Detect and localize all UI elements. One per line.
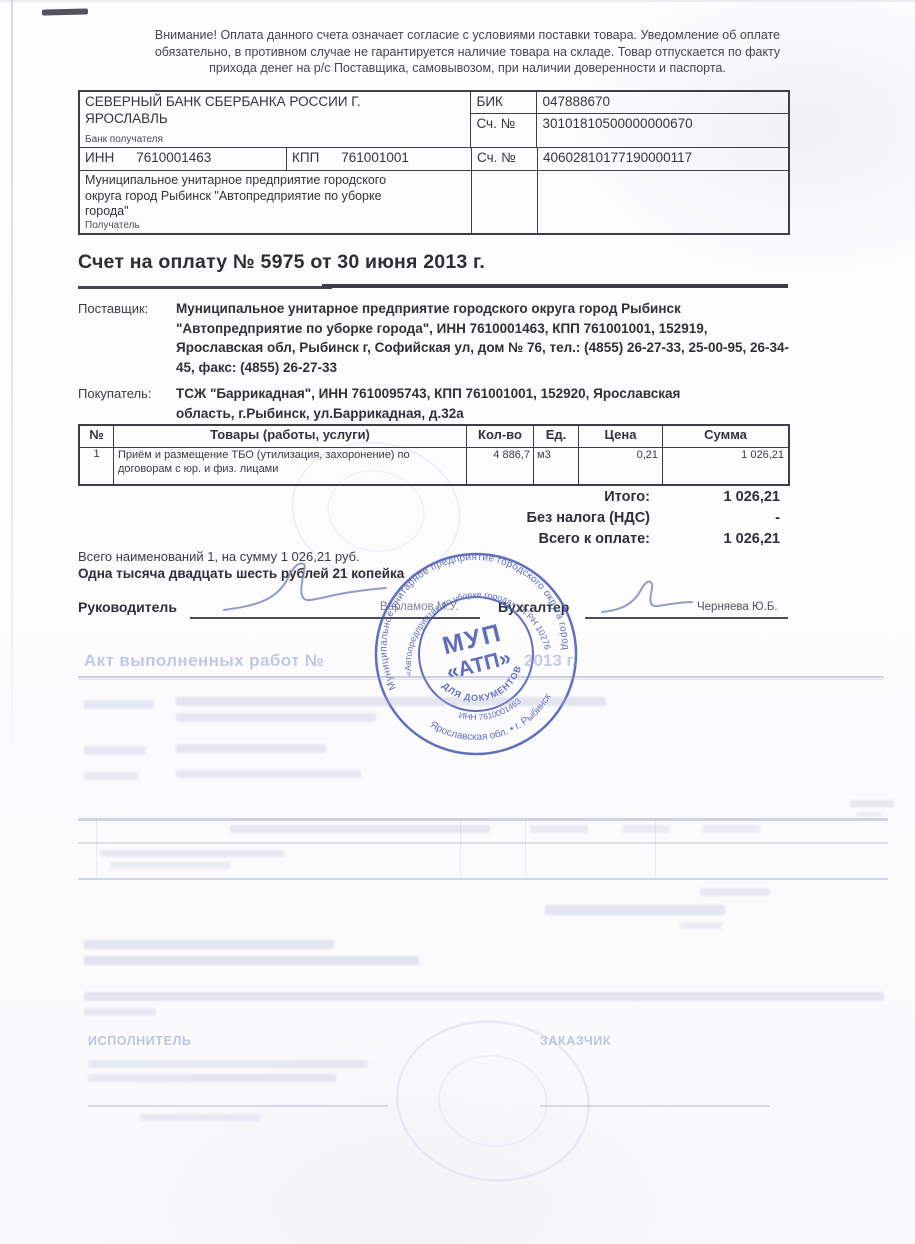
items-table-header: № Товары (работы, услуги) Кол-во Ед. Цен…: [80, 426, 788, 447]
item-name-cell: Приём и размещение ТБО (утилизация, захо…: [114, 448, 467, 484]
items-table: № Товары (работы, услуги) Кол-во Ед. Цен…: [78, 424, 790, 486]
payment-warning-text: Внимание! Оплата данного счета означает …: [140, 27, 795, 77]
ghost-text-bar: [84, 940, 334, 949]
ghost-text-bar: [88, 1074, 336, 1082]
recipient-label: Получатель: [85, 220, 140, 231]
empty-cell: [538, 171, 788, 233]
item-price: 0,21: [579, 448, 663, 484]
due-value: 1 026,21: [650, 531, 780, 547]
ghost-table-border: [460, 818, 461, 878]
total-label: Итого:: [360, 489, 650, 505]
ghost-text-bar: [110, 862, 230, 869]
ghost-text-bar: [530, 825, 588, 833]
inn-value: 7610001463: [136, 150, 211, 165]
ghost-text-bar: [84, 956, 419, 965]
ghost-text-bar: [680, 922, 722, 929]
item-name: Приём и размещение ТБО (утилизация, захо…: [118, 449, 420, 476]
bank-accounts-cell: БИК 047888670 Сч. № 30101810500000000670: [471, 92, 788, 147]
vat-value: -: [650, 510, 780, 526]
ghost-text-bar: [622, 825, 670, 833]
ghost-title-rule: [78, 679, 884, 680]
scanned-invoice-page: Внимание! Оплата данного счета означает …: [0, 0, 915, 1244]
buyer-value: ТСЖ "Баррикадная", ИНН 7610095743, КПП 7…: [176, 384, 736, 423]
ghost-table-border: [96, 818, 97, 878]
bank-label: Банк получателя: [85, 134, 163, 145]
scan-corner-mark: [42, 8, 88, 15]
ghost-table-border: [655, 818, 656, 878]
header-qty: Кол-во: [467, 426, 534, 447]
due-label: Всего к оплате:: [360, 531, 650, 547]
ghost-text-bar: [84, 1008, 156, 1016]
corr-account-row: Сч. № 30101810500000000670: [471, 114, 788, 147]
ghost-act-title: Акт выполненных работ №: [84, 651, 324, 671]
ghost-table-border: [78, 818, 888, 821]
header-sum: Сумма: [663, 426, 788, 447]
table-row: 1 Приём и размещение ТБО (утилизация, за…: [80, 447, 788, 484]
vat-label: Без налога (НДС): [360, 510, 650, 526]
ghost-text-bar: [84, 700, 154, 709]
corr-account-value: 30101810500000000670: [537, 114, 788, 147]
bank-row: СЕВЕРНЫЙ БАНК СБЕРБАНКА РОССИИ Г. ЯРОСЛА…: [80, 92, 788, 147]
bik-value: 047888670: [537, 92, 788, 113]
inn-kpp-row: ИНН7610001463 КПП761001001 Сч. № 4060281…: [80, 147, 788, 170]
director-label: Руководитель: [78, 599, 177, 615]
empty-cell: [472, 171, 538, 233]
invoice-title: Счет на оплату № 5975 от 30 июня 2013 г.: [78, 251, 485, 274]
supplier-label: Поставщик:: [78, 301, 148, 316]
ghost-table-border: [78, 842, 888, 844]
corr-account-label: Сч. №: [471, 114, 537, 147]
supplier-value: Муниципальное унитарное предприятие горо…: [176, 299, 791, 377]
bank-name: СЕВЕРНЫЙ БАНК СБЕРБАНКА РОССИИ Г. ЯРОСЛА…: [85, 94, 380, 127]
account-label: Сч. №: [472, 148, 538, 170]
ghost-text-bar: [545, 905, 725, 915]
inn-cell: ИНН7610001463: [80, 148, 287, 170]
scan-smudge: [856, 812, 882, 817]
item-qty: 4 886,7: [467, 448, 534, 484]
director-signature: [218, 558, 393, 620]
recipient-name: Муниципальное унитарное предприятие горо…: [85, 173, 415, 220]
title-rule-left: [78, 286, 332, 289]
scan-smudge: [850, 800, 894, 807]
ghost-table-border: [78, 878, 888, 880]
bik-row: БИК 047888670: [471, 92, 788, 114]
ghost-title-rule: [78, 676, 884, 678]
scan-left-edge: [11, 0, 13, 780]
kpp-value: 761001001: [341, 150, 409, 165]
bank-requisites-table: СЕВЕРНЫЙ БАНК СБЕРБАНКА РОССИИ Г. ЯРОСЛА…: [78, 90, 790, 235]
ghost-text-bar: [702, 825, 760, 833]
ghost-executor-label: ИСПОЛНИТЕЛЬ: [88, 1034, 192, 1048]
ghost-text-bar: [84, 772, 139, 780]
ghost-text-bar: [230, 825, 490, 833]
item-num: 1: [80, 448, 114, 484]
ghost-act-title-date: 2013 г.: [524, 651, 577, 671]
item-sum: 1 026,21: [663, 448, 788, 484]
buyer-label: Покупатель:: [78, 386, 151, 401]
ghost-text-bar: [140, 1114, 260, 1121]
ghost-signature-line: [88, 1105, 388, 1107]
kpp-cell: КПП761001001: [287, 148, 472, 170]
accountant-signature: [598, 578, 698, 620]
ghost-text-bar: [176, 770, 361, 778]
inn-label: ИНН: [85, 150, 114, 165]
header-unit: Ед.: [534, 426, 579, 447]
ghost-text-bar: [100, 850, 285, 857]
ghost-text-bar: [88, 1060, 368, 1068]
vat-row: Без налога (НДС) -: [360, 510, 780, 526]
ghost-text-bar: [84, 992, 884, 1001]
accountant-name: Черняева Ю.Б.: [697, 601, 778, 613]
recipient-cell: Муниципальное унитарное предприятие горо…: [80, 171, 472, 233]
ghost-text-bar: [176, 713, 376, 722]
total-value: 1 026,21: [650, 489, 780, 505]
ghost-text-bar: [84, 746, 146, 755]
ghost-table-border: [525, 818, 526, 878]
ghost-text-bar: [176, 744, 326, 753]
recipient-row: Муниципальное унитарное предприятие горо…: [80, 170, 788, 233]
ghost-stamp-bottom: [388, 1016, 598, 1186]
ghost-text-bar: [176, 697, 606, 706]
item-unit: м3: [534, 448, 579, 484]
total-row: Итого: 1 026,21: [360, 489, 780, 505]
title-rule-right: [322, 284, 788, 288]
header-price: Цена: [579, 426, 663, 447]
kpp-label: КПП: [292, 150, 319, 165]
bank-name-cell: СЕВЕРНЫЙ БАНК СБЕРБАНКА РОССИИ Г. ЯРОСЛА…: [80, 92, 471, 147]
scan-top-edge: [0, 0, 915, 2]
ghost-text-bar: [700, 888, 770, 896]
header-name: Товары (работы, услуги): [114, 426, 467, 447]
header-num: №: [80, 426, 114, 447]
bik-label: БИК: [471, 92, 537, 113]
due-row: Всего к оплате: 1 026,21: [360, 531, 780, 547]
account-value: 40602810177190000117: [538, 148, 788, 170]
